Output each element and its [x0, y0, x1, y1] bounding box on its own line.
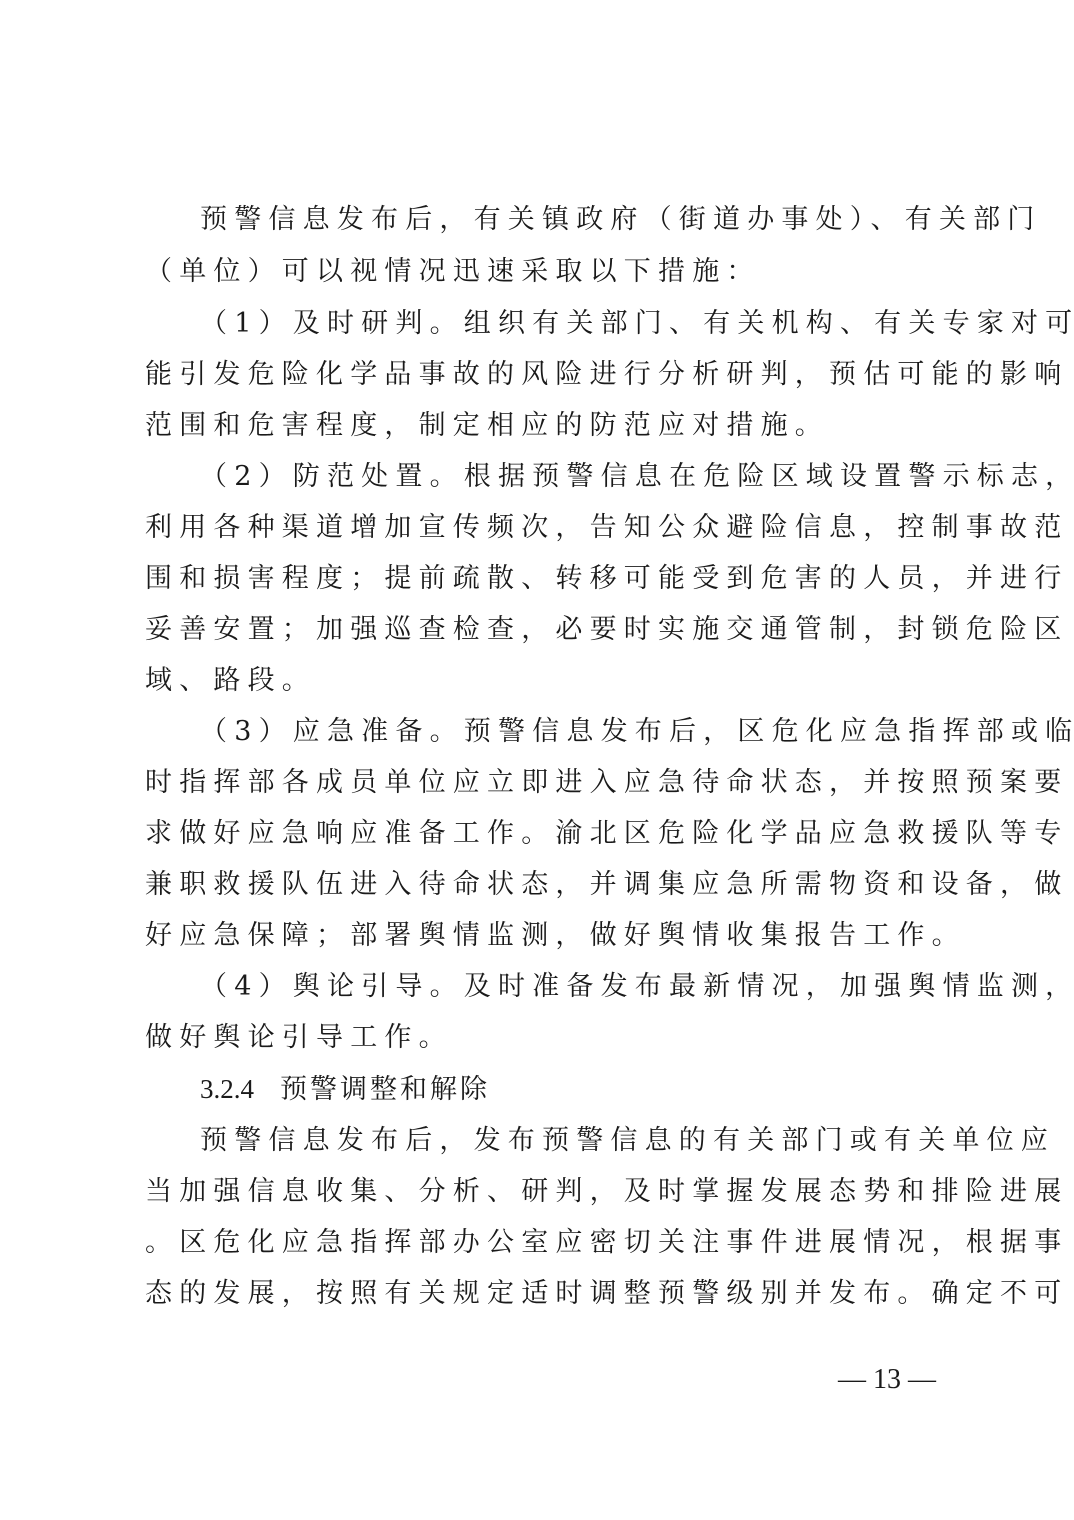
- paragraph-line: 时指挥部各成员单位应立即进入应急待命状态，并按照预案要: [145, 761, 940, 805]
- paragraph-line: （4）舆论引导。及时准备发布最新情况，加强舆情监测，: [200, 965, 940, 1009]
- paragraph-line: 能引发危险化学品事故的风险进行分析研判，预估可能的影响: [145, 353, 940, 397]
- document-page: 预警信息发布后，有关镇政府（街道办事处）、有关部门 （单位）可以视情况迅速采取以…: [0, 0, 1074, 1520]
- paragraph-line: 利用各种渠道增加宣传频次，告知公众避险信息，控制事故范: [145, 506, 940, 550]
- paragraph-line: （3）应急准备。预警信息发布后，区危化应急指挥部或临: [200, 710, 940, 754]
- section-title: 预警调整和解除: [280, 1074, 490, 1105]
- paragraph-line: 域、路段。: [145, 659, 940, 703]
- paragraph-line: （1）及时研判。组织有关部门、有关机构、有关专家对可: [200, 302, 940, 346]
- paragraph-line: 求做好应急响应准备工作。渝北区危险化学品应急救援队等专: [145, 812, 940, 856]
- section-heading: 3.2.4预警调整和解除: [200, 1067, 995, 1111]
- paragraph-line: （2）防范处置。根据预警信息在危险区域设置警示标志，: [200, 455, 940, 499]
- paragraph-line: 好应急保障；部署舆情监测，做好舆情收集报告工作。: [145, 914, 940, 958]
- paragraph-line: 预警信息发布后，有关镇政府（街道办事处）、有关部门: [200, 198, 940, 242]
- paragraph-line: （单位）可以视情况迅速采取以下措施：: [145, 250, 940, 294]
- page-number: — 13 —: [838, 1360, 936, 1400]
- paragraph-line: 范围和危害程度，制定相应的防范应对措施。: [145, 404, 940, 448]
- paragraph-line: 态的发展，按照有关规定适时调整预警级别并发布。确定不可: [145, 1272, 940, 1316]
- paragraph-line: 预警信息发布后，发布预警信息的有关部门或有关单位应: [200, 1119, 940, 1163]
- paragraph-line: 妥善安置；加强巡查检查，必要时实施交通管制，封锁危险区: [145, 608, 940, 652]
- paragraph-line: 当加强信息收集、分析、研判，及时掌握发展态势和排险进展: [145, 1170, 940, 1214]
- paragraph-line: 兼职救援队伍进入待命状态，并调集应急所需物资和设备，做: [145, 863, 940, 907]
- paragraph-line: 。区危化应急指挥部办公室应密切关注事件进展情况，根据事: [145, 1221, 940, 1265]
- paragraph-line: 做好舆论引导工作。: [145, 1016, 940, 1060]
- section-number: 3.2.4: [200, 1074, 254, 1104]
- paragraph-line: 围和损害程度；提前疏散、转移可能受到危害的人员，并进行: [145, 557, 940, 601]
